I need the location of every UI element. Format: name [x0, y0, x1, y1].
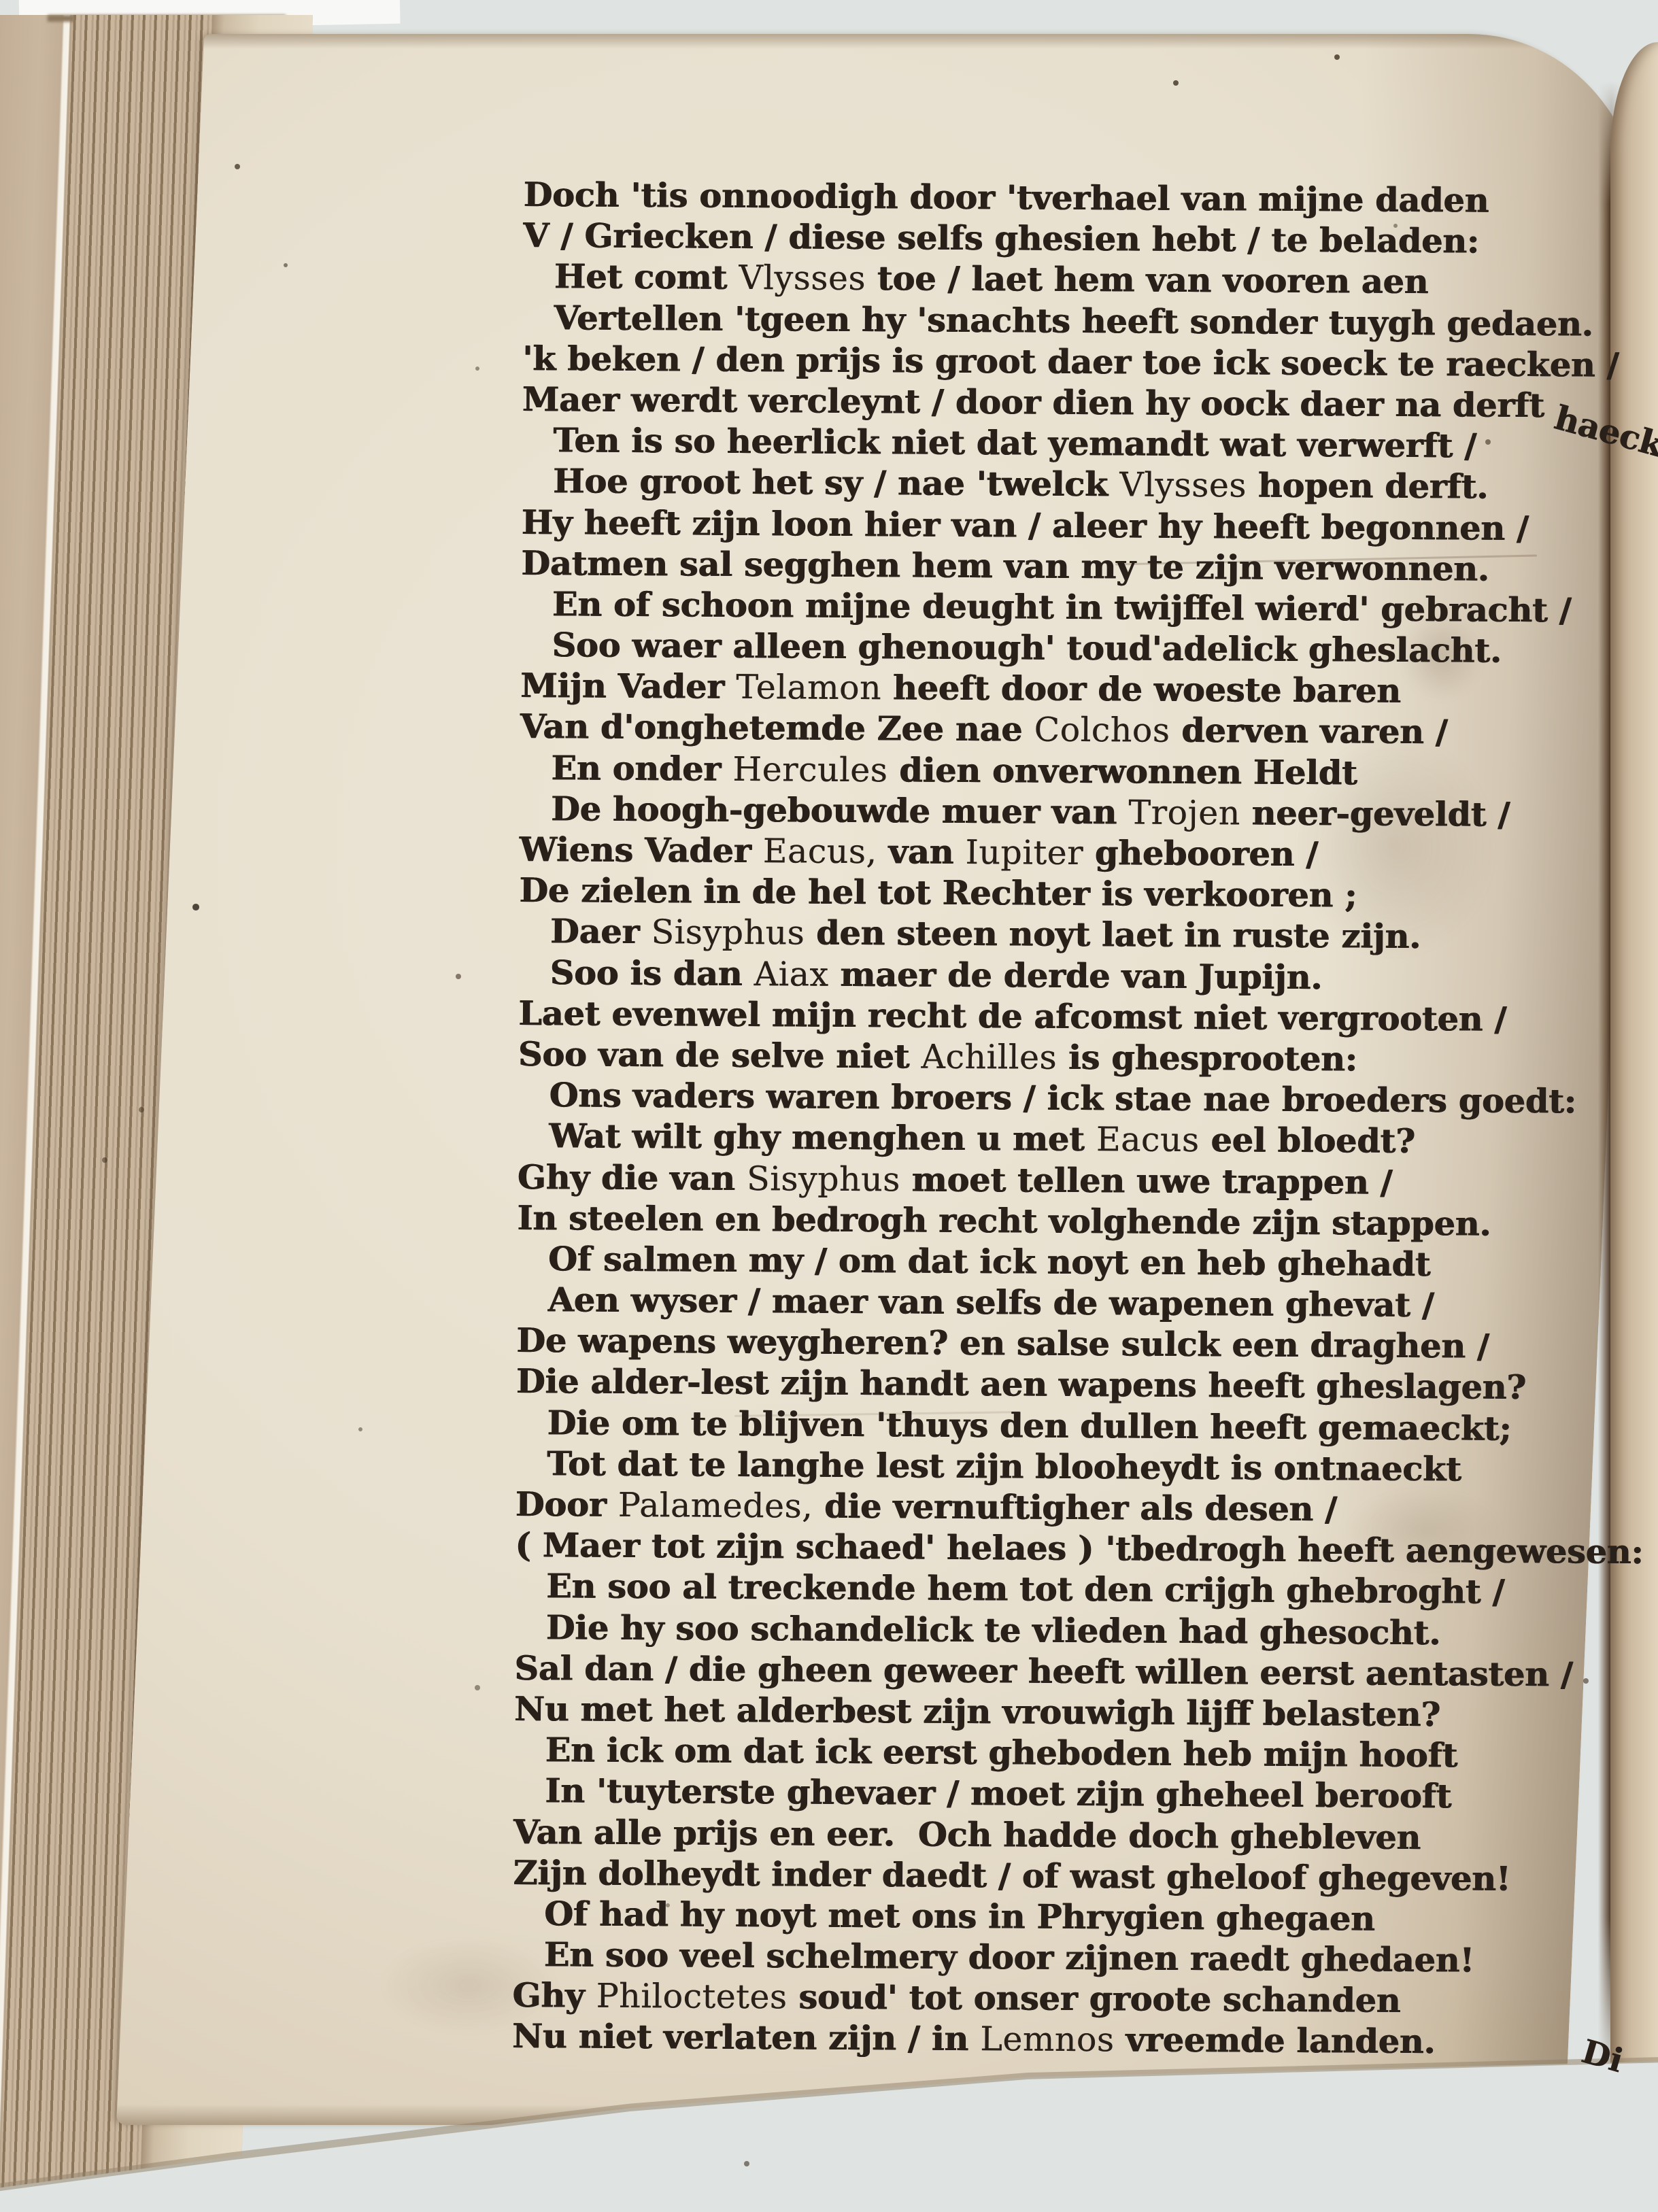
poem-line: Soo waer alleen ghenough' toud'adelick g… — [521, 624, 1658, 673]
poem-segment-blackletter: Ghy — [512, 1975, 596, 2015]
poem-line: Ons vaders waren broers / ick stae nae b… — [518, 1074, 1658, 1123]
poem-segment-roman: Sisyphus — [651, 913, 805, 953]
poem-line: En ick om dat ick eerst gheboden heb mij… — [514, 1729, 1658, 1777]
poem-line: Of salmen my / om dat ick noyt en heb gh… — [517, 1238, 1658, 1287]
poem-segment-blackletter: ghebooren / — [1083, 833, 1319, 874]
poem-line: De hoogh-gebouwde muer van Trojen neer-g… — [520, 788, 1658, 836]
poem-segment-roman: Vlysses — [739, 258, 866, 298]
poem-segment-blackletter: In 'tuyterste ghevaer / moet zijn ghehee… — [545, 1771, 1451, 1816]
poem-segment-blackletter: En of schoon mijne deught in twijffel wi… — [552, 584, 1572, 630]
poem-segment-blackletter: Ghy die van — [518, 1157, 747, 1197]
poem-segment-blackletter: Die hy soo schandelick te vlieden had gh… — [546, 1607, 1441, 1652]
poem-segment-blackletter: Nu niet verlaten zijn / in — [512, 2016, 980, 2058]
poem-segment-blackletter: toe / laet hem van vooren aen — [866, 258, 1429, 301]
poem-segment-blackletter: Nu met het alderbest zijn vrouwigh lijff… — [514, 1689, 1440, 1734]
poem-segment-blackletter: De zielen in de hel tot Rechter is verko… — [519, 870, 1357, 915]
poem-line: Datmen sal segghen hem van my te zijn ve… — [521, 543, 1658, 591]
poem-line: V / Griecken / diese selfs ghesien hebt … — [523, 215, 1658, 263]
poem-segment-blackletter: En ick om dat ick eerst gheboden heb mij… — [545, 1730, 1458, 1775]
poem-line: En soo veel schelmery door zijnen raedt … — [513, 1934, 1658, 1982]
poem-segment-blackletter: Het comt — [554, 257, 739, 298]
poem-line: Van d'onghetemde Zee nae Colchos derven … — [520, 706, 1658, 754]
poem-segment-blackletter: Ons vaders waren broers / ick stae nae b… — [549, 1075, 1577, 1121]
poem-segment-blackletter: Die alder-lest zijn handt aen wapens hee… — [516, 1361, 1526, 1407]
poem-segment-blackletter: Soo waer alleen ghenough' toud'adelick g… — [552, 625, 1502, 670]
poem-segment-blackletter: In steelen en bedrogh recht volghende zi… — [517, 1198, 1491, 1244]
poem-line: Door Palamedes, die vernuftigher als des… — [515, 1484, 1658, 1532]
poem-line: Maer werdt vercleynt / door dien hy oock… — [522, 379, 1658, 427]
poem-line: En of schoon mijne deught in twijffel wi… — [521, 583, 1658, 632]
poem-line: 'k beken / den prijs is groot daer toe i… — [522, 338, 1658, 386]
poem-segment-blackletter: En soo al treckende hem tot den crijgh g… — [546, 1567, 1505, 1612]
poem-segment-blackletter: ( Maer tot zijn schaed' helaes ) 'tbedro… — [515, 1525, 1644, 1571]
poem-line: Wiens Vader Eacus, van Iupiter ghebooren… — [520, 829, 1658, 877]
poem-segment-blackletter: Ten is so heerlick niet dat yemandt wat … — [553, 420, 1476, 465]
poem-segment-blackletter: 'k beken / den prijs is groot daer toe i… — [522, 339, 1619, 385]
poem-line: Hoe groot het sy / nae 'twelck Vlysses h… — [522, 460, 1658, 509]
poem-segment-blackletter: hopen derft. — [1247, 466, 1489, 507]
poem-segment-blackletter: moet tellen uwe trappen / — [900, 1159, 1393, 1202]
poem-line: Sal dan / die gheen geweer heeft willen … — [514, 1648, 1658, 1696]
poem-segment-blackletter: V / Griecken / diese selfs ghesien hebt … — [523, 216, 1479, 261]
poem-segment-blackletter: die vernuftigher als desen / — [813, 1486, 1337, 1529]
poem-line: Van alle prijs en eer. Och hadde doch gh… — [513, 1811, 1658, 1859]
poem-segment-blackletter: maer de derde van Jupijn. — [828, 954, 1322, 996]
poem-segment-roman: Aiax — [754, 955, 828, 994]
poem-line: Ghy die van Sisyphus moet tellen uwe tra… — [518, 1156, 1658, 1204]
poem-segment-roman: Trojen — [1128, 793, 1240, 832]
poem-segment-blackletter: Of had hy noyt met ons in Phrygien ghega… — [544, 1894, 1375, 1938]
poem-segment-blackletter: Die om te blijven 'thuys den dullen heef… — [547, 1403, 1512, 1448]
poem-line: Laet evenwel mijn recht de afcomst niet … — [518, 993, 1658, 1041]
poem-segment-blackletter: De hoogh-gebouwde muer van — [551, 789, 1128, 832]
poem-line: Soo van de selve niet Achilles is ghespr… — [518, 1034, 1658, 1082]
poem-segment-blackletter: Van alle prijs en eer. Och hadde doch gh… — [513, 1811, 1421, 1856]
poem-line: In steelen en bedrogh recht volghende zi… — [517, 1197, 1658, 1246]
poem-segment-roman: Telamon — [736, 668, 881, 707]
poem-segment-blackletter: derven varen / — [1170, 711, 1448, 751]
poem-segment-blackletter: Wat wilt ghy menghen u met — [549, 1117, 1096, 1159]
poem-segment-blackletter: Sal dan / die gheen geweer heeft willen … — [514, 1648, 1573, 1695]
poem-line: ( Maer tot zijn schaed' helaes ) 'tbedro… — [515, 1525, 1658, 1573]
poem-segment-roman: Palamedes, — [618, 1486, 813, 1526]
poem-line: Doch 'tis onnoodigh door 'tverhael van m… — [524, 174, 1658, 222]
book-photo-scene: Doch 'tis onnoodigh door 'tverhael van m… — [0, 0, 1658, 2212]
poem-line: Daer Sisyphus den steen noyt laet in rus… — [519, 911, 1658, 959]
poem-segment-blackletter: eel bloedt? — [1199, 1120, 1415, 1161]
poem-segment-blackletter: Zijn dolheydt inder daedt / of wast ghel… — [513, 1853, 1511, 1899]
poem-line: Vertellen 'tgeen hy 'snachts heeft sonde… — [523, 297, 1658, 345]
poem-line: Nu niet verlaten zijn / in Lemnos vreemd… — [512, 2015, 1658, 2064]
poem-segment-blackletter: En soo veel schelmery door zijnen raedt … — [544, 1935, 1474, 1979]
poem-segment-roman: Philoctetes — [596, 1977, 787, 2017]
poem-line: Wat wilt ghy menghen u met Eacus eel blo… — [518, 1115, 1658, 1163]
poem-segment-blackletter: Doch 'tis onnoodigh door 'tverhael van m… — [524, 175, 1489, 220]
poem-line: En onder Hercules dien onverwonnen Heldt — [520, 747, 1658, 796]
poem-segment-blackletter: De wapens weygheren? en salse sulck een … — [516, 1321, 1489, 1366]
poem-text-block: Doch 'tis onnoodigh door 'tverhael van m… — [512, 174, 1658, 2064]
poem-segment-blackletter: Datmen sal segghen hem van my te zijn ve… — [521, 543, 1489, 589]
poem-line: In 'tuyterste ghevaer / moet zijn ghehee… — [513, 1770, 1658, 1818]
poem-segment-blackletter: Tot dat te langhe lest zijn blooheydt is… — [547, 1444, 1461, 1488]
poem-line: Aen wyser / maer van selfs de wapenen gh… — [517, 1279, 1658, 1327]
poem-segment-blackletter: Maer werdt vercleynt / door dien hy oock… — [522, 379, 1556, 425]
poem-segment-blackletter: Aen wyser / maer van selfs de wapenen gh… — [548, 1280, 1434, 1325]
poem-line: Mijn Vader Telamon heeft door de woeste … — [520, 665, 1658, 713]
poem-line: Ghy Philoctetes soud' tot onser groote s… — [512, 1975, 1658, 2023]
poem-segment-blackletter: heeft door de woeste baren — [881, 668, 1401, 711]
poem-line: De wapens weygheren? en salse sulck een … — [516, 1320, 1658, 1368]
poem-segment-blackletter: Door — [515, 1484, 618, 1525]
poem-segment-blackletter: dien onverwonnen Heldt — [887, 750, 1357, 792]
poem-line: Die alder-lest zijn handt aen wapens hee… — [516, 1361, 1658, 1409]
poem-line: Tot dat te langhe lest zijn blooheydt is… — [515, 1443, 1658, 1491]
poem-segment-blackletter: is ghesprooten: — [1057, 1038, 1357, 1079]
poem-segment-blackletter: soud' tot onser groote schanden — [787, 1977, 1400, 2021]
poem-line: Zijn dolheydt inder daedt / of wast ghel… — [513, 1852, 1658, 1901]
poem-segment-roman: Iupiter — [965, 833, 1083, 872]
poem-segment-roman: Hercules — [732, 750, 887, 789]
poem-line: Soo is dan Aiax maer de derde van Jupijn… — [519, 952, 1658, 1000]
poem-segment-blackletter: vreemde landen. — [1114, 2020, 1436, 2062]
poem-segment-blackletter: Of salmen my / om dat ick noyt en heb gh… — [548, 1239, 1431, 1284]
poem-line: Die om te blijven 'thuys den dullen heef… — [516, 1402, 1658, 1450]
poem-segment-blackletter: Soo van de selve niet — [518, 1034, 921, 1076]
poem-segment-roman: Eacus, — [763, 832, 877, 871]
poem-segment-blackletter: Vertellen 'tgeen hy 'snachts heeft sonde… — [554, 298, 1593, 343]
poem-segment-blackletter: Hy heeft zijn loon hier van / aleer hy h… — [522, 502, 1529, 547]
poem-line: Ten is so heerlick niet dat yemandt wat … — [522, 420, 1658, 468]
poem-line: Nu met het alderbest zijn vrouwigh lijff… — [514, 1688, 1658, 1737]
poem-line: Die hy soo schandelick te vlieden had gh… — [515, 1607, 1658, 1655]
poem-segment-blackletter: neer-geveldt / — [1240, 793, 1510, 834]
poem-segment-blackletter: Soo is dan — [550, 953, 754, 993]
poem-segment-blackletter: den steen noyt laet in ruste zijn. — [805, 913, 1421, 957]
poem-line: De zielen in de hel tot Rechter is verko… — [519, 870, 1658, 918]
poem-segment-roman: Vlysses — [1119, 466, 1247, 505]
poem-segment-blackletter: Mijn Vader — [520, 666, 736, 707]
poem-segment-blackletter: van — [877, 832, 965, 872]
poem-segment-blackletter: En onder — [551, 748, 732, 789]
poem-line: Of had hy noyt met ons in Phrygien ghega… — [513, 1893, 1658, 1941]
poem-segment-roman: Achilles — [921, 1038, 1057, 1077]
poem-segment-blackletter: Laet evenwel mijn recht de afcomst niet … — [518, 993, 1506, 1039]
poem-segment-blackletter: Daer — [550, 912, 652, 952]
poem-segment-roman: Eacus — [1096, 1120, 1200, 1159]
poem-segment-blackletter: Wiens Vader — [520, 830, 763, 870]
poem-line: Hy heeft zijn loon hier van / aleer hy h… — [522, 501, 1658, 549]
poem-line: En soo al treckende hem tot den crijgh g… — [515, 1565, 1658, 1614]
poem-line: Het comt Vlysses toe / laet hem van voor… — [523, 256, 1658, 304]
poem-segment-blackletter: Van d'onghetemde Zee nae — [520, 707, 1034, 749]
poem-segment-roman: Sisyphus — [747, 1159, 900, 1199]
poem-segment-blackletter: Hoe groot het sy / nae 'twelck — [553, 462, 1119, 505]
poem-segment-roman: Lemnos — [980, 2020, 1115, 2060]
poem-segment-roman: Colchos — [1034, 711, 1170, 750]
paper-speckles — [0, 0, 3, 3]
